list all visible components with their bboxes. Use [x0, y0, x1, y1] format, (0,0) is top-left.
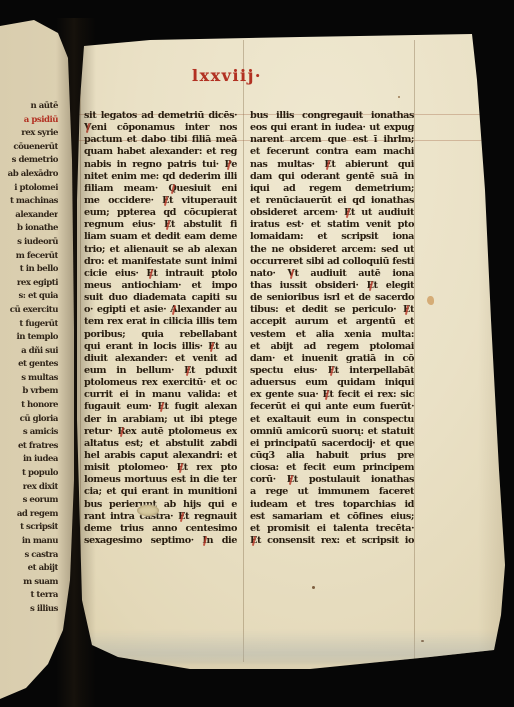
- text-line: eum in bellum· Et pduxit: [84, 365, 237, 377]
- edge-text-fragment: s multas: [0, 372, 58, 386]
- text-line: cūq3 alia habuit prius pre: [250, 450, 414, 462]
- ruling-line-vertical: [80, 40, 81, 662]
- edge-text-fragment: a psidiū: [0, 114, 58, 128]
- edge-text-fragment: et gentes: [0, 358, 58, 372]
- edge-text-fragment: in templo: [0, 331, 58, 345]
- edge-text-fragment: s iudeorū: [0, 236, 58, 250]
- text-line: Veni cōponamus inter nos: [84, 122, 237, 134]
- text-line: tibus: et dedit se periculo· Et: [250, 304, 414, 316]
- edge-text-fragment: t machinas: [0, 195, 58, 209]
- manuscript-page: lxxviij· sit legatos ad demetriū dicēs·V…: [0, 0, 514, 707]
- text-line: vestem et alia xenia multa:: [250, 329, 414, 341]
- text-line: et exaltauit eum in conspectu: [250, 414, 414, 426]
- text-line: the ne obsideret arcem: sed ut: [250, 244, 414, 256]
- text-line: ciosa: et fecit eum principem ami: [250, 462, 414, 474]
- text-line: regnum eius· Et abstulit fi: [84, 219, 237, 231]
- edge-text-fragment: a dñi sui: [0, 345, 58, 359]
- text-line: trio; et alienauit se ab alexan: [84, 244, 237, 256]
- text-line: filiam meam· Quesiuit eni: [84, 183, 237, 195]
- text-line: ex gente sua· Et fecit ei rex: sic: [250, 389, 414, 401]
- edge-text-fragment: alexander: [0, 209, 58, 223]
- edge-text-fragment: et fratres: [0, 440, 58, 454]
- text-line: nabis in regno patris tui· Pe: [84, 159, 237, 171]
- edge-text-fragment: rex syrie: [0, 127, 58, 141]
- text-line: de senioribus isrl et de sacerdo: [250, 292, 414, 304]
- edge-text-fragment: cōuenerūt: [0, 141, 58, 155]
- text-line: dro: et manifestate sunt inimi: [84, 256, 237, 268]
- text-line: sit legatos ad demetriū dicēs·: [84, 110, 237, 122]
- previous-page-edge-text: n aūtēa psidiūrex syriecōuenerūts demetr…: [0, 100, 58, 617]
- edge-text-fragment: s castra: [0, 549, 58, 563]
- text-line: thas iussit obsideri· Et elegit: [250, 280, 414, 292]
- text-line: est samariam et cōfines eius;: [250, 511, 414, 523]
- parchment-hole: [137, 505, 159, 516]
- edge-text-fragment: rex egipti: [0, 277, 58, 291]
- text-column-right: bus illis congregauit ionathaseos qui er…: [250, 110, 414, 547]
- text-line: tem rex erat in cilicia illis tem: [84, 316, 237, 328]
- text-line: retur· Rex autē ptolomeus ex: [84, 426, 237, 438]
- text-line: ptolomeus rex exercitū· et oc: [84, 377, 237, 389]
- edge-text-fragment: in manu: [0, 535, 58, 549]
- text-line: fugauit eum· Et fugit alexan: [84, 401, 237, 413]
- text-line: et promisit ei talenta trecēta·: [250, 523, 414, 535]
- text-line: omniū amicorū suorų: et statuit: [250, 426, 414, 438]
- text-line: fecerūt ei qui ante eum fuerūt·: [250, 401, 414, 413]
- text-line: quam habet alexander: et reg: [84, 146, 237, 158]
- text-line: misit ptolomeo· Et rex pto: [84, 462, 237, 474]
- edge-text-fragment: rex dixit: [0, 481, 58, 495]
- text-line: spectu eius· Et interpellabāt: [250, 365, 414, 377]
- text-line: qui erant in locis illis· Et au: [84, 341, 237, 353]
- text-line: eum; ppterea qd cōcupierat: [84, 207, 237, 219]
- text-line: a rege ut immunem faceret: [250, 486, 414, 498]
- ink-speck: [312, 586, 315, 589]
- text-line: corū· Et postulauit ionathas: [250, 474, 414, 486]
- edge-text-fragment: ab alexādro: [0, 168, 58, 182]
- edge-text-fragment: m suam: [0, 576, 58, 590]
- ruling-line-vertical: [243, 40, 244, 662]
- text-line: bus perierunt ab hijs qui e: [84, 499, 237, 511]
- edge-text-fragment: b vrbem: [0, 385, 58, 399]
- edge-text-fragment: s demetrio: [0, 154, 58, 168]
- text-line: hel arabis caput alexandri: et: [84, 450, 237, 462]
- ink-speck: [398, 96, 400, 98]
- text-line: currit ei in manu valida: et: [84, 389, 237, 401]
- edge-text-fragment: in iudea: [0, 453, 58, 467]
- edge-text-fragment: m fecerūt: [0, 250, 58, 264]
- text-line: iqui ad regem demetrium;: [250, 183, 414, 195]
- text-line: et fecerunt contra eam machi: [250, 146, 414, 158]
- text-line: nitet enim me: qd dederim illi: [84, 171, 237, 183]
- edge-text-fragment: t in bello: [0, 263, 58, 277]
- edge-text-fragment: s eorum: [0, 494, 58, 508]
- text-line: ei principatū sacerdocij· et que: [250, 438, 414, 450]
- text-line: meus antiochiam· et impo: [84, 280, 237, 292]
- text-line: et renūciauerūt ei qd ionathas: [250, 195, 414, 207]
- edge-text-fragment: b ionathe: [0, 222, 58, 236]
- text-line: diuit alexander: et venit ad: [84, 353, 237, 365]
- text-line: aduersus eum quidam iniqui: [250, 377, 414, 389]
- manuscript-photo: n aūtēa psidiūrex syriecōuenerūts demetr…: [0, 0, 514, 707]
- text-line: deme trius anno centesimo: [84, 523, 237, 535]
- text-line: lomeus mortuus est in die ter: [84, 474, 237, 486]
- text-line: nato· Vt audiuit autē iona: [250, 268, 414, 280]
- text-line: cicie eius· Et intrauit ptolo: [84, 268, 237, 280]
- text-line: poribus; quia rebellabant: [84, 329, 237, 341]
- stain-mark: [427, 296, 434, 305]
- text-line: suit duo diademata capiti su: [84, 292, 237, 304]
- edge-text-fragment: i ptolomei: [0, 182, 58, 196]
- text-line: dam· et inuenit gratiā in cō: [250, 353, 414, 365]
- edge-text-fragment: t honore: [0, 399, 58, 413]
- text-line: narent arcem que est ī ihrlm;: [250, 134, 414, 146]
- text-line: et abijt ad regem ptolomai: [250, 341, 414, 353]
- edge-text-fragment: cū exercitu: [0, 304, 58, 318]
- text-line: cia; et qui erant in munitioni: [84, 486, 237, 498]
- text-line: pactum et dabo tibi filiā meā: [84, 134, 237, 146]
- text-line: obsideret arcem· Et ut audiuit: [250, 207, 414, 219]
- text-line: sexagesimo septimo· In die: [84, 535, 237, 547]
- edge-text-fragment: s: et quia: [0, 290, 58, 304]
- ruling-line-vertical: [414, 40, 415, 662]
- edge-text-fragment: et abijt: [0, 562, 58, 576]
- text-line: bus illis congregauit ionathas: [250, 110, 414, 122]
- text-line: lomaidam: et scripsit iona: [250, 231, 414, 243]
- text-line: dam qui oderant gentē suā in: [250, 171, 414, 183]
- edge-text-fragment: cū gloria: [0, 413, 58, 427]
- text-line: o· egipti et asie· Alexander au: [84, 304, 237, 316]
- text-line: liam suam et dedit eam deme: [84, 231, 237, 243]
- text-line: rant intra castra· Et regnauit: [84, 511, 237, 523]
- text-line: der in arabiam; ut ibi ptege: [84, 414, 237, 426]
- edge-text-fragment: t fugerūt: [0, 318, 58, 332]
- text-line: occurreret sibi ad colloquiū festi: [250, 256, 414, 268]
- edge-text-fragment: n aūtē: [0, 100, 58, 114]
- text-line: eos qui erant in iudea· ut expug: [250, 122, 414, 134]
- edge-text-fragment: t scripsit: [0, 521, 58, 535]
- text-line: Et consensit rex: et scripsit io: [250, 535, 414, 547]
- bottom-edge-sheen: [80, 630, 504, 664]
- edge-text-fragment: s amicis: [0, 426, 58, 440]
- running-header: lxxviij·: [192, 66, 262, 85]
- text-line: accepit aurum et argentū et: [250, 316, 414, 328]
- text-line: nas multas· Et abierunt qui: [250, 159, 414, 171]
- text-line: iudeam et tres toparchias id: [250, 499, 414, 511]
- edge-text-fragment: s illius: [0, 603, 58, 617]
- text-line: iratus est· et statim venit pto: [250, 219, 414, 231]
- text-line: altatus est; et abstulit zabdi: [84, 438, 237, 450]
- text-line: me occidere· Et vituperauit: [84, 195, 237, 207]
- edge-text-fragment: ad regem: [0, 508, 58, 522]
- edge-text-fragment: t terra: [0, 589, 58, 603]
- edge-text-fragment: t populo: [0, 467, 58, 481]
- text-column-left: sit legatos ad demetriū dicēs·Veni cōpon…: [84, 110, 237, 547]
